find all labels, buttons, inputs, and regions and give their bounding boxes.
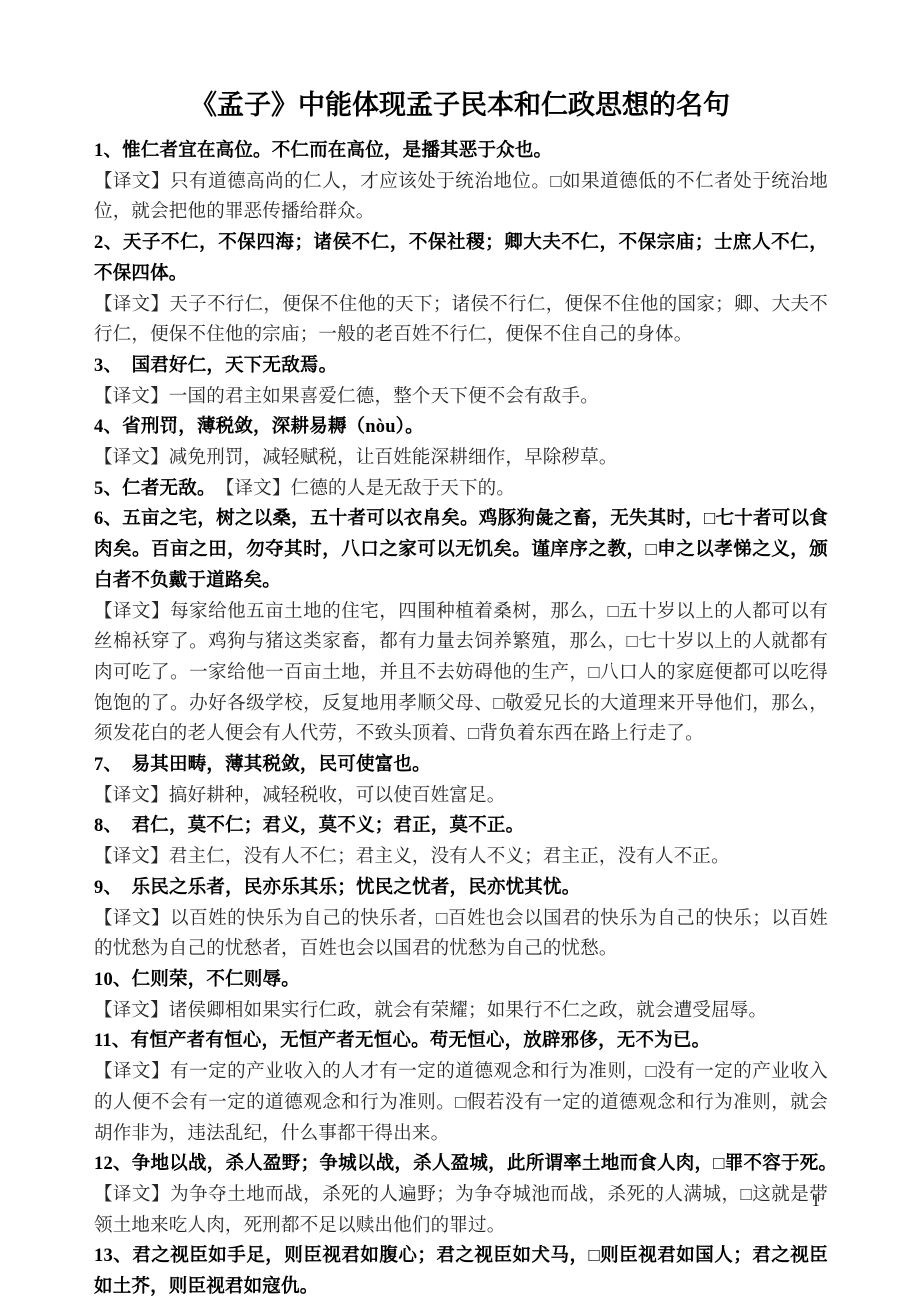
paragraph: 【译文】诸侯卿相如果实行仁政，就会有荣耀；如果行不仁之政，就会遭受屈辱。 <box>94 996 828 1027</box>
paragraph: 3、 国君好仁，天下无敌焉。 <box>94 351 828 382</box>
document-page: 《孟子》中能体现孟子民本和仁政思想的名句 1、惟仁者宜在高位。不仁而在高位，是播… <box>0 0 920 1300</box>
document-body: 1、惟仁者宜在高位。不仁而在高位，是播其恶于众也。【译文】只有道德高尚的仁人，才… <box>94 136 828 1300</box>
paragraph: 7、 易其田畴，薄其税敛，民可使富也。 <box>94 750 828 781</box>
translation-text: 【译文】君主仁，没有人不仁；君主义，没有人不义；君主正，没有人不正。 <box>94 847 730 867</box>
quote-text: 11、有恒产者有恒心，无恒产者无恒心。苟无恒心，放辟邪侈，无不为已。 <box>94 1031 710 1051</box>
quote-text: 12、争地以战，杀人盈野；争城以战，杀人盈城，此所谓率土地而食人肉，□罪不容于死… <box>94 1154 847 1174</box>
translation-text: 【译文】有一定的产业收入的人才有一定的道德观念和行为准则，□没有一定的产业收入的… <box>94 1062 828 1143</box>
quote-text: 8、 君仁，莫不仁；君义，莫不义；君正，莫不正。 <box>94 816 524 836</box>
paragraph: 【译文】天子不行仁，便保不住他的天下；诸侯不行仁，便保不住他的国家；卿、大夫不行… <box>94 290 828 351</box>
paragraph: 【译文】只有道德高尚的仁人，才应该处于统治地位。□如果道德低的不仁者处于统治地位… <box>94 167 828 228</box>
paragraph: 1、惟仁者宜在高位。不仁而在高位，是播其恶于众也。 <box>94 136 828 167</box>
paragraph: 8、 君仁，莫不仁；君义，莫不义；君正，莫不正。 <box>94 811 828 842</box>
translation-text: 【译文】搞好耕种，减轻税收，可以使百姓富足。 <box>94 786 505 806</box>
paragraph: 【译文】有一定的产业收入的人才有一定的道德观念和行为准则，□没有一定的产业收入的… <box>94 1057 828 1149</box>
paragraph: 10、仁则荣，不仁则辱。 <box>94 965 828 996</box>
paragraph: 4、省刑罚，薄税敛，深耕易耨（nòu）。 <box>94 412 828 443</box>
paragraph: 【译文】搞好耕种，减轻税收，可以使百姓富足。 <box>94 781 828 812</box>
translation-text: 【译文】一国的君主如果喜爱仁德，整个天下便不会有敌手。 <box>94 387 599 407</box>
translation-text: 【译文】为争夺土地而战，杀死的人遍野；为争夺城池而战，杀死的人满城，□这就是带领… <box>94 1185 828 1236</box>
quote-text: 9、 乐民之乐者，民亦乐其乐；忧民之忧者，民亦忧其忧。 <box>94 878 580 898</box>
quote-text: 2、天子不仁，不保四海；诸侯不仁，不保社稷；卿大夫不仁，不保宗庙；士庶人不仁，不… <box>94 233 828 284</box>
quote-text: 6、五亩之宅，树之以桑，五十者可以衣帛矣。鸡豚狗彘之畜，无失其时，□七十者可以食… <box>94 509 828 590</box>
translation-text: 【译文】诸侯卿相如果实行仁政，就会有荣耀；如果行不仁之政，就会遭受屈辱。 <box>94 1001 767 1021</box>
paragraph: 13、君之视臣如手足，则臣视君如腹心；君之视臣如犬马，□则臣视君如国人；君之视臣… <box>94 1241 828 1300</box>
translation-text: 【译文】每家给他五亩土地的住宅，四围种植着桑树，那么，□五十岁以上的人都可以有丝… <box>94 602 828 745</box>
paragraph: 11、有恒产者有恒心，无恒产者无恒心。苟无恒心，放辟邪侈，无不为已。 <box>94 1026 828 1057</box>
paragraph: 12、争地以战，杀人盈野；争城以战，杀人盈城，此所谓率土地而食人肉，□罪不容于死… <box>94 1149 828 1241</box>
paragraph: 2、天子不仁，不保四海；诸侯不仁，不保社稷；卿大夫不仁，不保宗庙；士庶人不仁，不… <box>94 228 828 289</box>
translation-text: 【译文】天子不行仁，便保不住他的天下；诸侯不行仁，便保不住他的国家；卿、大夫不行… <box>94 295 828 346</box>
quote-text: 5、仁者无敌。 <box>94 479 225 499</box>
paragraph: 【译文】减免刑罚，减轻赋税，让百姓能深耕细作，早除秽草。 <box>94 443 828 474</box>
quote-text: 1、惟仁者宜在高位。不仁而在高位，是播其恶于众也。 <box>94 141 552 161</box>
quote-text: 7、 易其田畴，薄其税敛，民可使富也。 <box>94 755 431 775</box>
translation-text: 【译文】以百姓的快乐为自己的快乐者，□百姓也会以国君的快乐为自己的快乐；以百姓的… <box>94 909 828 960</box>
paragraph: 9、 乐民之乐者，民亦乐其乐；忧民之忧者，民亦忧其忧。 <box>94 873 828 904</box>
paragraph: 【译文】一国的君主如果喜爱仁德，整个天下便不会有敌手。 <box>94 382 828 413</box>
quote-text: 13、君之视臣如手足，则臣视君如腹心；君之视臣如犬马，□则臣视君如国人；君之视臣… <box>94 1246 828 1297</box>
translation-text: 【译文】仁德的人是无敌于天下的。 <box>225 479 515 499</box>
translation-text: 【译文】只有道德高尚的仁人，才应该处于统治地位。□如果道德低的不仁者处于统治地位… <box>94 172 828 223</box>
page-number: 1 <box>812 1191 821 1211</box>
paragraph: 6、五亩之宅，树之以桑，五十者可以衣帛矣。鸡豚狗彘之畜，无失其时，□七十者可以食… <box>94 504 828 596</box>
quote-text: 3、 国君好仁，天下无敌焉。 <box>94 356 337 376</box>
quote-text: 4、省刑罚，薄税敛，深耕易耨（nòu）。 <box>94 417 424 437</box>
page-title: 《孟子》中能体现孟子民本和仁政思想的名句 <box>0 0 920 124</box>
paragraph: 【译文】每家给他五亩土地的住宅，四围种植着桑树，那么，□五十岁以上的人都可以有丝… <box>94 597 828 751</box>
translation-text: 【译文】减免刑罚，减轻赋税，让百姓能深耕细作，早除秽草。 <box>94 448 618 468</box>
paragraph: 【译文】以百姓的快乐为自己的快乐者，□百姓也会以国君的快乐为自己的快乐；以百姓的… <box>94 904 828 965</box>
quote-text: 10、仁则荣，不仁则辱。 <box>94 970 300 990</box>
paragraph: 5、仁者无敌。 【译文】仁德的人是无敌于天下的。 <box>94 474 828 505</box>
paragraph: 【译文】君主仁，没有人不仁；君主义，没有人不义；君主正，没有人不正。 <box>94 842 828 873</box>
